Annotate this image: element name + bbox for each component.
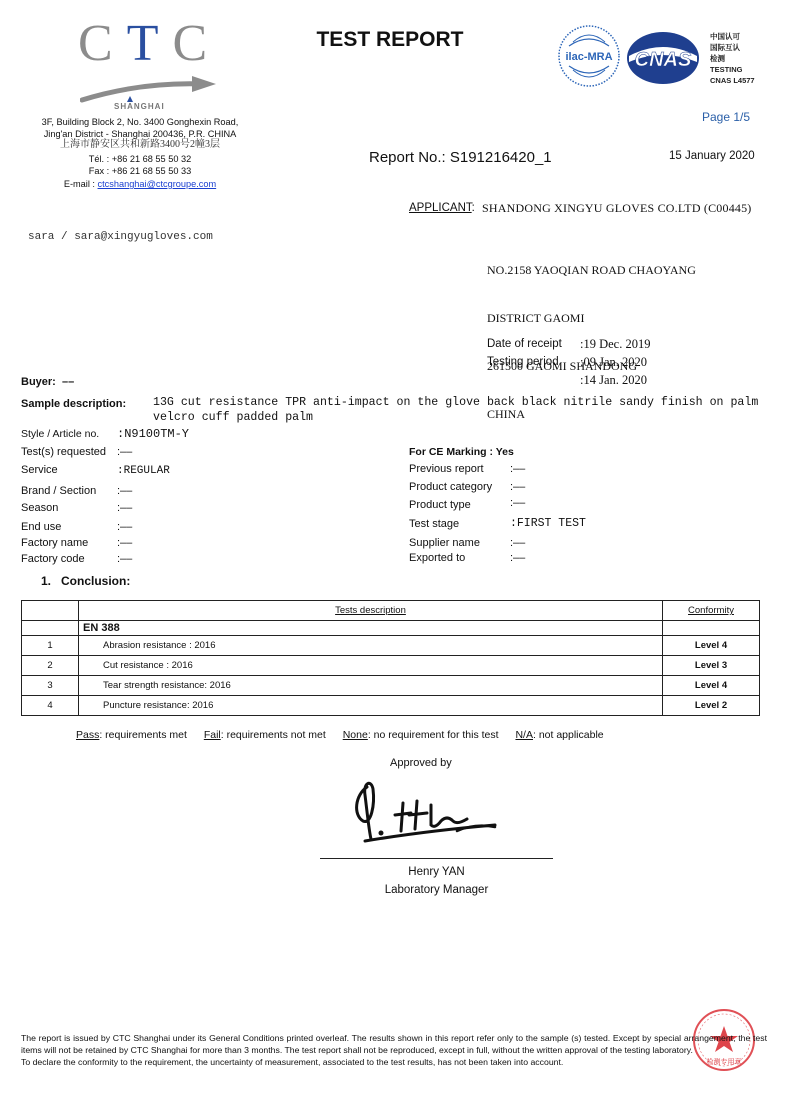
- style-article-value: :N9100TM-Y: [117, 427, 189, 441]
- standard-row: EN 388: [22, 621, 760, 636]
- table-header-row: Tests description Conformity: [22, 601, 760, 621]
- style-article-label: Style / Article no.: [21, 428, 99, 440]
- product-category-value: :––: [510, 481, 525, 493]
- address-line-chinese: 上海市静安区共和新路3400号2幢3层: [20, 139, 260, 151]
- address-line: DISTRICT GAOMI: [487, 310, 696, 326]
- header-tests-description: Tests description: [79, 601, 663, 621]
- legend-text: : requirements not met: [221, 729, 326, 741]
- factory-name-value: :––: [117, 537, 132, 549]
- factory-code-label: Factory code: [21, 553, 85, 565]
- fax-line: Fax : +86 21 68 55 50 33: [20, 165, 260, 177]
- buyer: Buyer: ––: [21, 376, 74, 388]
- end-use-value: :––: [117, 521, 132, 533]
- row-test: Abrasion resistance : 2016: [79, 636, 663, 656]
- footer-conditions: The report is issued by CTC Shanghai und…: [21, 1032, 767, 1056]
- standard-no-cell: [22, 621, 79, 636]
- sample-description-label: Sample description:: [21, 398, 126, 410]
- supplier-name-label: Supplier name: [409, 537, 480, 549]
- email-link[interactable]: ctcshanghai@ctcgroupe.com: [98, 179, 217, 189]
- cnas-logo-icon: CNAS: [625, 30, 701, 86]
- ctc-logo: CTC SHANGHAI: [70, 14, 220, 114]
- buyer-label: Buyer:: [21, 376, 56, 388]
- email-line: E-mail : ctcshanghai@ctcgroupe.com: [20, 178, 260, 190]
- row-result: Level 4: [663, 676, 760, 696]
- logo-letter-t: T: [127, 15, 173, 72]
- approved-by-label: Approved by: [390, 757, 452, 769]
- legend-fail: Fail: requirements not met: [204, 729, 326, 741]
- factory-code-value: :––: [117, 553, 132, 565]
- svg-text:ilac-MRA: ilac-MRA: [565, 51, 612, 63]
- applicant-contact: sara / sara@xingyugloves.com: [28, 231, 213, 243]
- table-row: 4 Puncture resistance: 2016 Level 2: [22, 696, 760, 716]
- row-test: Cut resistance : 2016: [79, 656, 663, 676]
- report-title: TEST REPORT: [305, 28, 475, 52]
- row-result: Level 3: [663, 656, 760, 676]
- ilac-mra-logo-icon: ilac-MRA: [557, 24, 621, 88]
- row-no: 2: [22, 656, 79, 676]
- row-test: Puncture resistance: 2016: [79, 696, 663, 716]
- testing-period-label: Testing period: [487, 356, 559, 368]
- table-row: 2 Cut resistance : 2016 Level 3: [22, 656, 760, 676]
- page-number: Page 1/5: [702, 110, 750, 124]
- email-label: E-mail :: [64, 179, 98, 189]
- date-of-receipt-value: :19 Dec. 2019: [580, 337, 650, 352]
- report-number: Report No.: S191216420_1: [369, 149, 552, 166]
- factory-name-label: Factory name: [21, 537, 88, 549]
- legend-none: None: no requirement for this test: [343, 729, 499, 741]
- sample-description-value: 13G cut resistance TPR anti-impact on th…: [153, 395, 783, 425]
- testing-period-end: :14 Jan. 2020: [580, 373, 647, 388]
- table-row: 1 Abrasion resistance : 2016 Level 4: [22, 636, 760, 656]
- exported-to-value: :––: [510, 552, 525, 564]
- tests-requested-value: :––: [117, 446, 132, 458]
- service-value: :REGULAR: [117, 465, 170, 477]
- buyer-value: ––: [62, 376, 74, 388]
- header-no: [22, 601, 79, 621]
- legend-pass: Pass: requirements met: [76, 729, 187, 741]
- season-value: :––: [117, 502, 132, 514]
- supplier-name-value: :––: [510, 537, 525, 549]
- cnas-line: TESTING: [710, 64, 755, 75]
- conclusion-heading: 1. Conclusion:: [41, 574, 130, 588]
- address-line-1: 3F, Building Block 2, No. 3400 Gonghexin…: [20, 116, 260, 128]
- previous-report-value: :––: [510, 463, 525, 475]
- legend-key: Fail: [204, 729, 221, 741]
- testing-period-start: :09 Jan. 2020: [580, 355, 647, 370]
- logo-arrow-icon: [80, 72, 220, 104]
- brand-section-value: :––: [117, 485, 132, 497]
- row-result: Level 4: [663, 636, 760, 656]
- standard-result-cell: [663, 621, 760, 636]
- legend-key: Pass: [76, 729, 99, 741]
- exported-to-label: Exported to: [409, 552, 465, 564]
- legend-na: N/A: not applicable: [515, 729, 603, 741]
- previous-report-label: Previous report: [409, 463, 484, 475]
- logo-letter-c1: C: [78, 15, 127, 72]
- row-test: Tear strength resistance: 2016: [79, 676, 663, 696]
- address-line: NO.2158 YAOQIAN ROAD CHAOYANG: [487, 262, 696, 278]
- service-label: Service: [21, 464, 58, 476]
- cnas-line: 检测: [710, 53, 755, 64]
- row-no: 1: [22, 636, 79, 656]
- row-result: Level 2: [663, 696, 760, 716]
- brand-section-label: Brand / Section: [21, 485, 96, 497]
- product-type-value: :––: [510, 497, 525, 509]
- applicant-label: APPLICANT: [409, 202, 472, 214]
- cnas-line: 国际互认: [710, 42, 755, 53]
- result-legend: Pass: requirements met Fail: requirement…: [76, 729, 618, 741]
- cnas-line: 中国认可: [710, 31, 755, 42]
- tests-requested-label: Test(s) requested: [21, 446, 106, 458]
- row-no: 3: [22, 676, 79, 696]
- product-type-label: Product type: [409, 499, 471, 511]
- signature-line: [320, 858, 553, 859]
- legend-text: : requirements met: [99, 729, 187, 741]
- product-category-label: Product category: [409, 481, 492, 493]
- legend-text: : no requirement for this test: [368, 729, 499, 741]
- table-row: 3 Tear strength resistance: 2016 Level 4: [22, 676, 760, 696]
- season-label: Season: [21, 502, 58, 514]
- test-stage-label: Test stage: [409, 518, 459, 530]
- test-stage-value: :FIRST TEST: [510, 517, 586, 530]
- signer-name: Henry YAN: [320, 866, 553, 878]
- row-no: 4: [22, 696, 79, 716]
- svg-text:CNAS: CNAS: [635, 49, 692, 71]
- ce-marking: For CE Marking : Yes: [409, 446, 514, 458]
- report-date: 15 January 2020: [669, 150, 755, 162]
- end-use-label: End use: [21, 521, 61, 533]
- legend-text: : not applicable: [533, 729, 604, 741]
- results-table: Tests description Conformity EN 388 1 Ab…: [21, 600, 760, 716]
- cnas-accreditation-text: 中国认可 国际互认 检测 TESTING CNAS L4577: [710, 31, 755, 86]
- applicant-label-wrap: APPLICANT:: [409, 202, 475, 214]
- footer-uncertainty-note: To declare the conformity to the require…: [21, 1056, 767, 1068]
- signature-icon: [345, 775, 510, 847]
- legend-key: N/A: [515, 729, 533, 741]
- footer-disclaimer: The report is issued by CTC Shanghai und…: [21, 1032, 767, 1068]
- signer-title: Laboratory Manager: [320, 884, 553, 896]
- header-conformity: Conformity: [663, 601, 760, 621]
- logo-city: SHANGHAI: [114, 102, 165, 111]
- cnas-line: CNAS L4577: [710, 75, 755, 86]
- applicant-colon: :: [472, 202, 475, 214]
- applicant-name: SHANDONG XINGYU GLOVES CO.LTD (C00445): [482, 201, 752, 216]
- phone-line: Tél. : +86 21 68 55 50 32: [20, 153, 260, 165]
- date-of-receipt-label: Date of receipt: [487, 338, 562, 350]
- legend-key: None: [343, 729, 368, 741]
- standard-name: EN 388: [79, 621, 663, 636]
- logo-letter-c2: C: [172, 15, 221, 72]
